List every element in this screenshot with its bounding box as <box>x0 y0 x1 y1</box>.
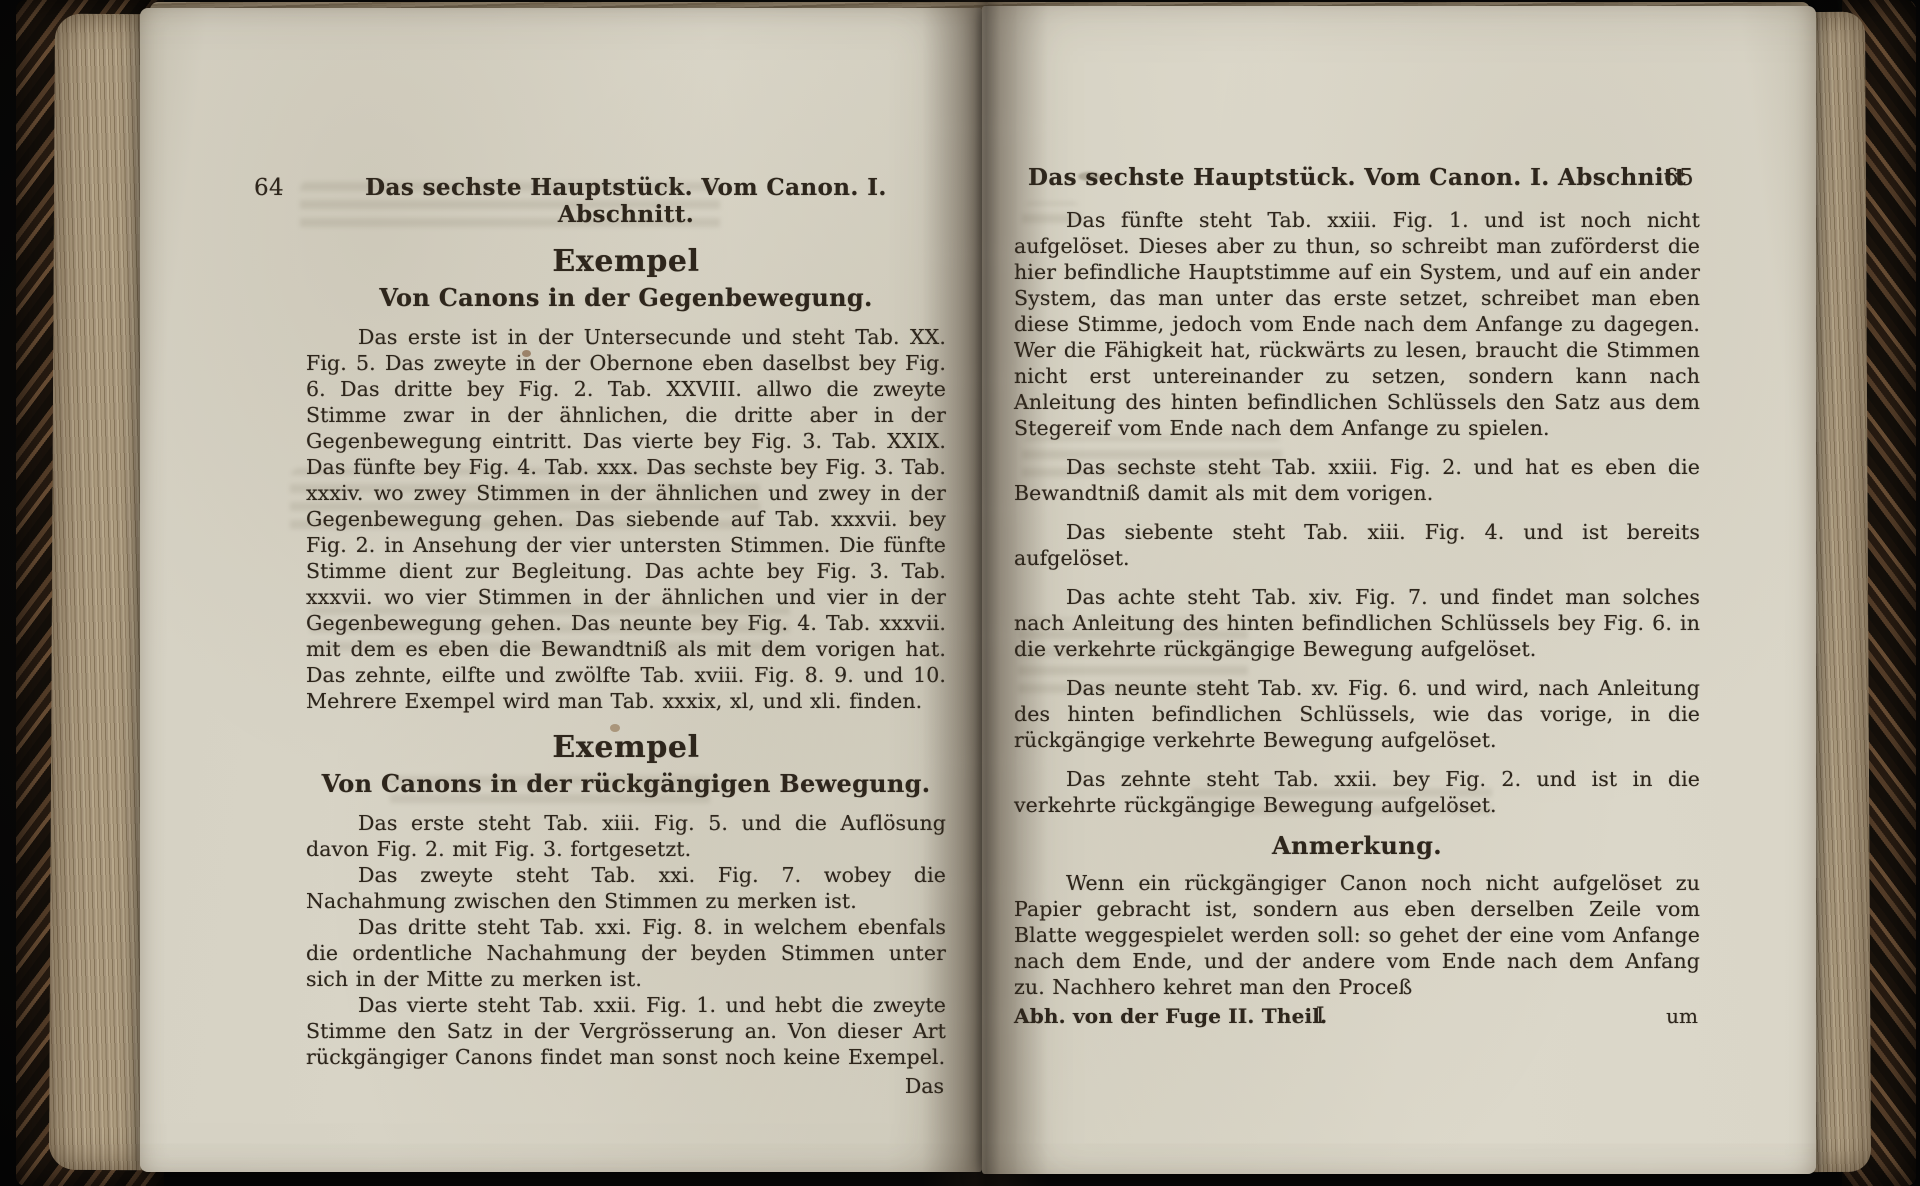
paragraph: Das dritte steht Tab. xxi. Fig. 8. in we… <box>306 914 946 992</box>
catchword: um <box>1666 1004 1698 1028</box>
page-left: 64 Das sechste Hauptstück. Vom Canon. I.… <box>140 8 982 1172</box>
signature-title: Abh. von der Fuge II. Theil. <box>1014 1004 1327 1028</box>
paragraph: Wenn ein rückgängiger Canon noch nicht a… <box>1014 870 1700 1000</box>
paragraph: Das achte steht Tab. xiv. Fig. 7. und fi… <box>1014 584 1700 662</box>
running-header-left: 64 Das sechste Hauptstück. Vom Canon. I.… <box>306 174 946 228</box>
open-book-photo: 64 Das sechste Hauptstück. Vom Canon. I.… <box>0 0 1920 1186</box>
paragraph: Das erste ist in der Untersecunde und st… <box>306 324 946 714</box>
paragraph: Das vierte steht Tab. xxii. Fig. 1. und … <box>306 992 946 1070</box>
section-subheading: Von Canons in der rückgängigen Bewegung. <box>306 769 946 798</box>
catchword: Das <box>306 1074 946 1098</box>
left-page-text-block: 64 Das sechste Hauptstück. Vom Canon. I.… <box>306 174 946 1098</box>
page-number-right: 65 <box>1664 165 1694 191</box>
paragraph: Das neunte steht Tab. xv. Fig. 6. und wi… <box>1014 675 1700 753</box>
paragraph: Das fünfte steht Tab. xxiii. Fig. 1. und… <box>1014 207 1700 441</box>
running-header-text: Das sechste Hauptstück. Vom Canon. I. Ab… <box>365 174 887 228</box>
running-header-right: Das sechste Hauptstück. Vom Canon. I. Ab… <box>1014 164 1700 191</box>
paragraph: Das siebente steht Tab. xiii. Fig. 4. un… <box>1014 519 1700 571</box>
paragraph: Das zweyte steht Tab. xxi. Fig. 7. wobey… <box>306 862 946 914</box>
right-page-text-block: Das sechste Hauptstück. Vom Canon. I. Ab… <box>1014 164 1700 1032</box>
paragraph: Das zehnte steht Tab. xxii. bey Fig. 2. … <box>1014 766 1700 818</box>
paragraph: Das erste steht Tab. xiii. Fig. 5. und d… <box>306 810 946 862</box>
section-heading: Exempel <box>306 730 946 765</box>
paragraph: Das sechste steht Tab. xxiii. Fig. 2. un… <box>1014 454 1700 506</box>
section-subheading: Von Canons in der Gegenbewegung. <box>306 283 946 312</box>
running-header-text: Das sechste Hauptstück. Vom Canon. I. Ab… <box>1028 164 1686 191</box>
signature-line: Abh. von der Fuge II. Theil. I um <box>1014 1004 1700 1032</box>
page-right: Das sechste Hauptstück. Vom Canon. I. Ab… <box>982 6 1816 1174</box>
page-number-left: 64 <box>254 175 284 201</box>
section-heading: Exempel <box>306 244 946 279</box>
note-heading: Anmerkung. <box>1014 831 1700 860</box>
gathering-mark: I <box>1316 1004 1325 1029</box>
